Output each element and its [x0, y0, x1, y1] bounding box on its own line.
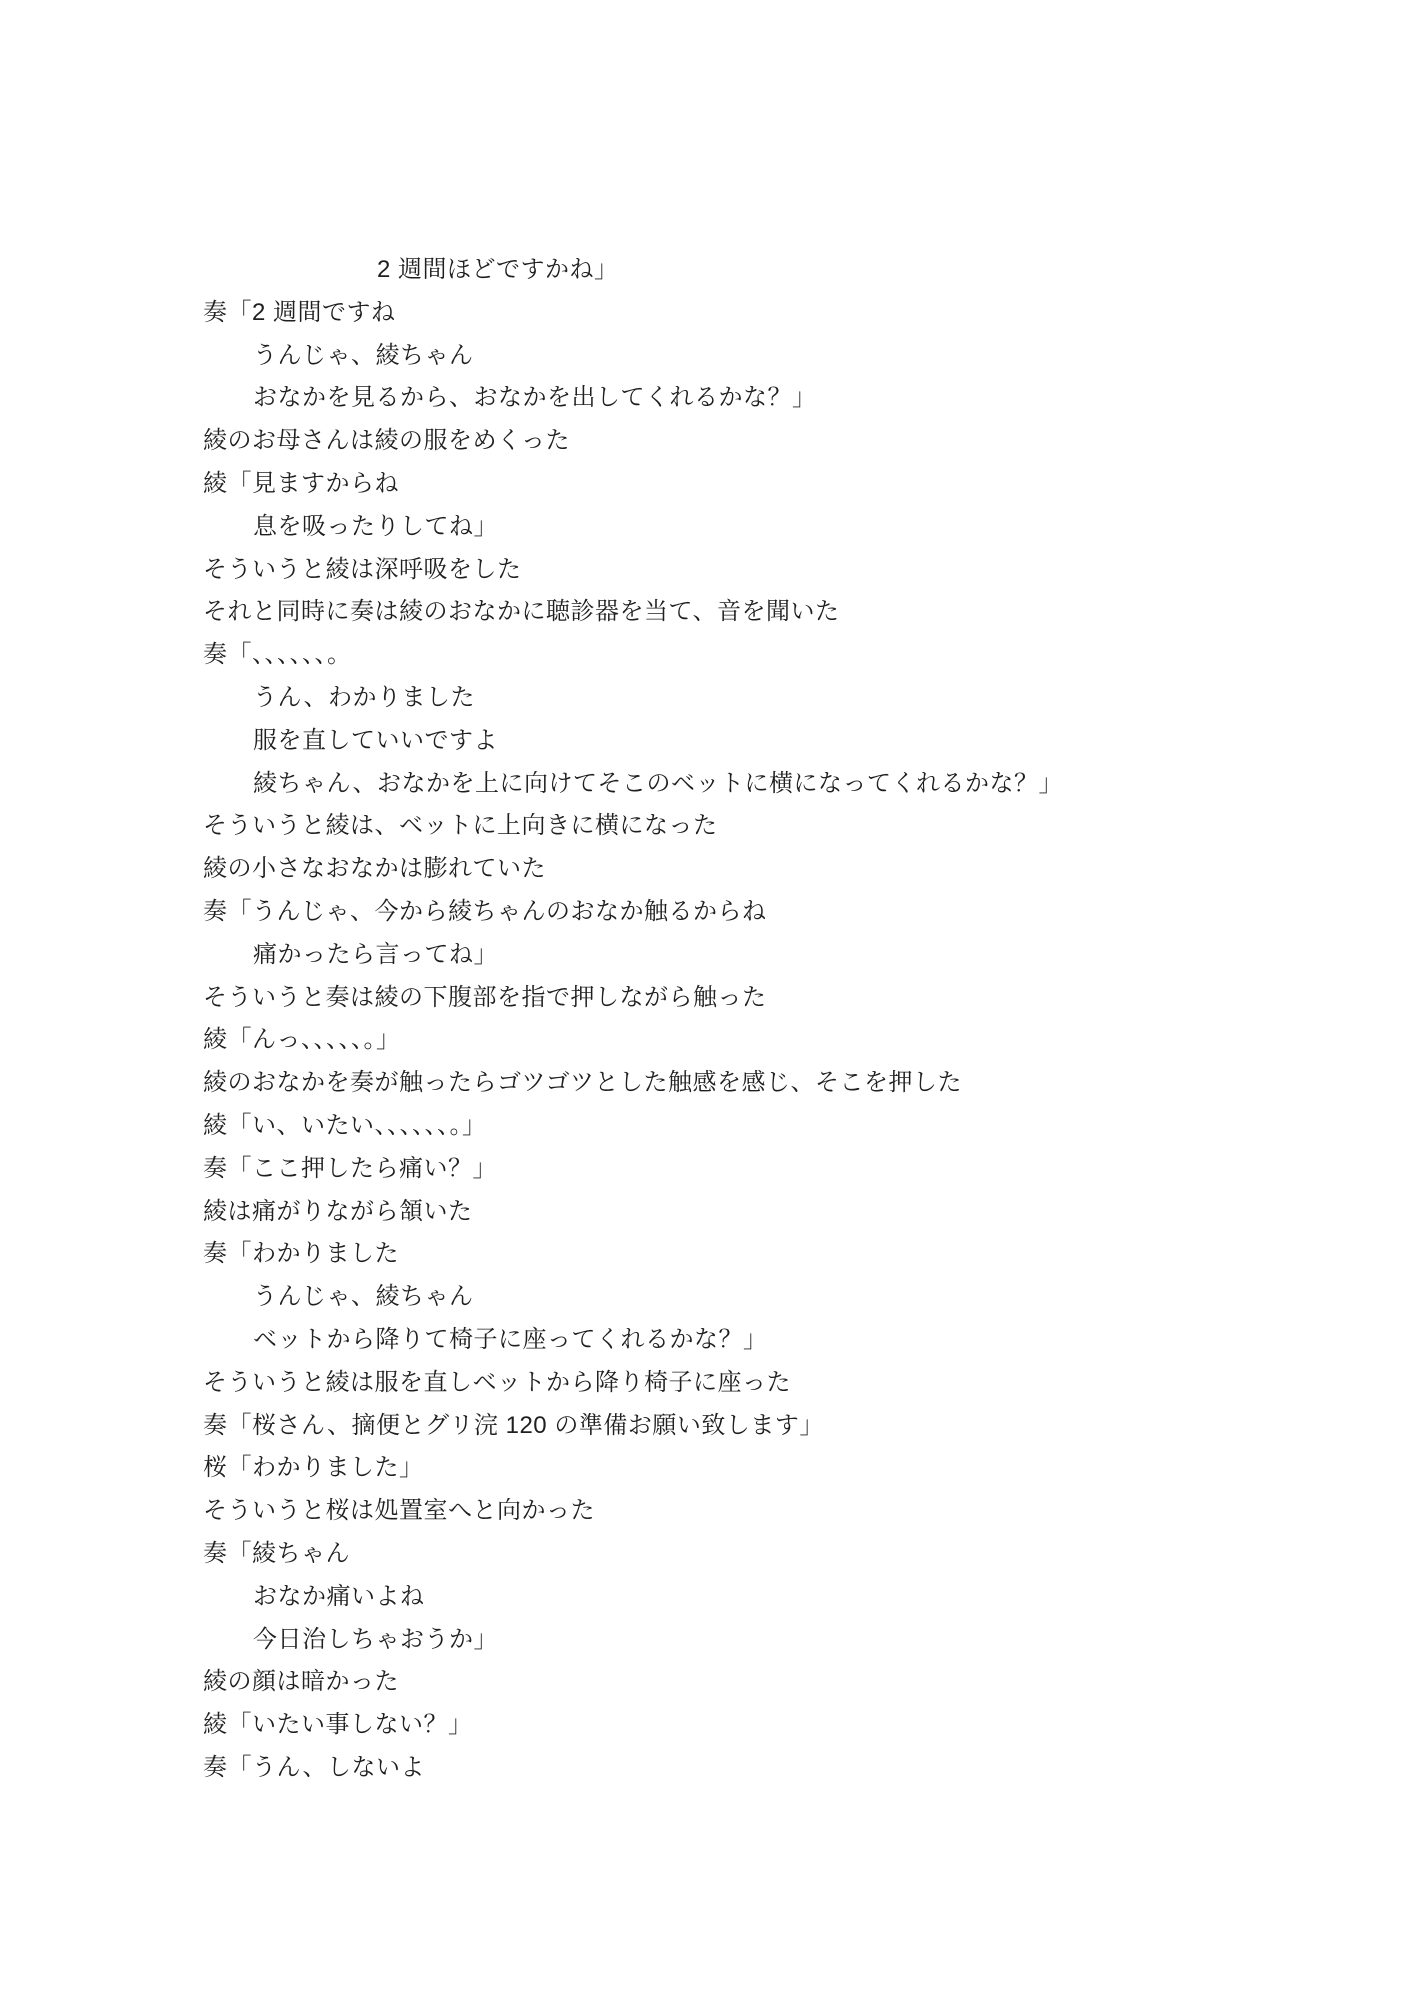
text-line: 2 週間ほどですかね」 [203, 249, 1353, 292]
text-line: 綾ちゃん、おなかを上に向けてそこのベットに横になってくれるかな？」 [203, 763, 1353, 806]
text-line: 綾のおなかを奏が触ったらゴツゴツとした触感を感じ、そこを押した [203, 1062, 1353, 1105]
text-line: おなかを見るから、おなかを出してくれるかな？」 [203, 377, 1353, 420]
text-line: 今日治しちゃおうか」 [203, 1619, 1353, 1662]
text-line: 奏「桜さん、摘便とグリ浣 120 の準備お願い致します」 [203, 1405, 1353, 1448]
text-line: そういうと綾は深呼吸をした [203, 549, 1353, 592]
text-line: 奏「綾ちゃん [203, 1533, 1353, 1576]
text-line: 息を吸ったりしてね」 [203, 506, 1353, 549]
text-line: 服を直していいですよ [203, 720, 1353, 763]
document-page: 2 週間ほどですかね」奏「2 週間ですねうんじゃ、綾ちゃんおなかを見るから、おな… [0, 0, 1414, 2000]
text-line: 奏「わかりました [203, 1233, 1353, 1276]
text-line: そういうと桜は処置室へと向かった [203, 1490, 1353, 1533]
text-line: 綾の顔は暗かった [203, 1661, 1353, 1704]
text-line: うん、わかりました [203, 677, 1353, 720]
text-line: 桜「わかりました」 [203, 1447, 1353, 1490]
text-line: 奏「ここ押したら痛い？」 [203, 1148, 1353, 1191]
text-line: 綾「い、いたい、、、、、、。」 [203, 1105, 1353, 1148]
text-line: うんじゃ、綾ちゃん [203, 335, 1353, 378]
text-line: 綾「見ますからね [203, 463, 1353, 506]
text-line: 奏「うん、しないよ [203, 1747, 1353, 1790]
text-line: そういうと奏は綾の下腹部を指で押しながら触った [203, 977, 1353, 1020]
document-text-block: 2 週間ほどですかね」奏「2 週間ですねうんじゃ、綾ちゃんおなかを見るから、おな… [203, 249, 1353, 1790]
text-line: 奏「、、、、、、。 [203, 634, 1353, 677]
text-line: 奏「うんじゃ、今から綾ちゃんのおなか触るからね [203, 891, 1353, 934]
text-line: そういうと綾は服を直しベットから降り椅子に座った [203, 1362, 1353, 1405]
text-line: 綾は痛がりながら頷いた [203, 1191, 1353, 1234]
text-line: 綾「んっ、、、、、。」 [203, 1019, 1353, 1062]
text-line: 綾のお母さんは綾の服をめくった [203, 420, 1353, 463]
text-line: うんじゃ、綾ちゃん [203, 1276, 1353, 1319]
text-line: 痛かったら言ってね」 [203, 934, 1353, 977]
text-line: そういうと綾は、ベットに上向きに横になった [203, 805, 1353, 848]
text-line: 綾「いたい事しない？」 [203, 1704, 1353, 1747]
text-line: それと同時に奏は綾のおなかに聴診器を当て、音を聞いた [203, 591, 1353, 634]
text-line: 綾の小さなおなかは膨れていた [203, 848, 1353, 891]
text-line: 奏「2 週間ですね [203, 292, 1353, 335]
text-line: ベットから降りて椅子に座ってくれるかな？」 [203, 1319, 1353, 1362]
text-line: おなか痛いよね [203, 1576, 1353, 1619]
